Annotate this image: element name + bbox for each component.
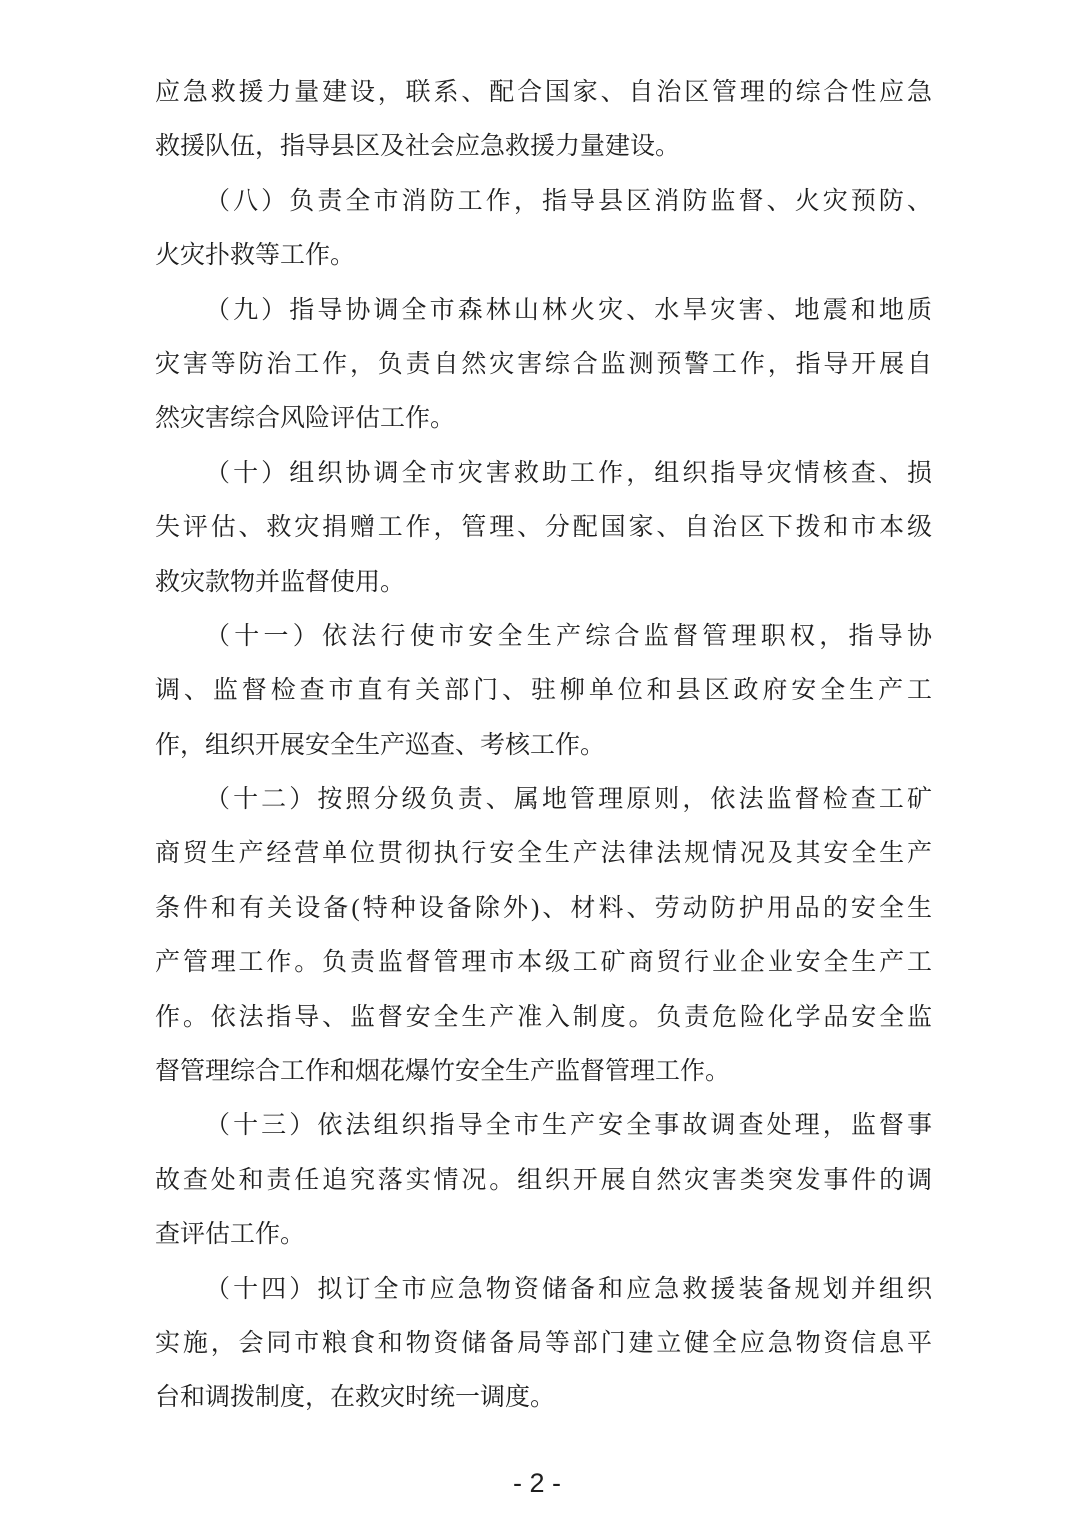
text-line: （十四）拟订全市应急物资储备和应急救援装备规划并组织 — [155, 1263, 932, 1317]
text-line: 商贸生产经营单位贯彻执行安全生产法律法规情况及其安全生产 — [155, 827, 932, 881]
text-line: 救援队伍，指导县区及社会应急救援力量建设。 — [155, 120, 932, 174]
text-line: （十一）依法行使市安全生产综合监督管理职权，指导协 — [155, 610, 932, 664]
text-line: 实施，会同市粮食和物资储备局等部门建立健全应急物资信息平 — [155, 1317, 932, 1371]
text-line: 救灾款物并监督使用。 — [155, 556, 932, 610]
text-line: 督管理综合工作和烟花爆竹安全生产监督管理工作。 — [155, 1045, 932, 1099]
document-body-text: 应急救援力量建设，联系、配合国家、自治区管理的综合性应急救援队伍，指导县区及社会… — [155, 66, 932, 1426]
text-line: 火灾扑救等工作。 — [155, 229, 932, 283]
page-footer: - 2 - — [0, 1468, 1074, 1499]
text-line: 应急救援力量建设，联系、配合国家、自治区管理的综合性应急 — [155, 66, 932, 120]
text-line: 查评估工作。 — [155, 1208, 932, 1262]
text-line: 产管理工作。负责监督管理市本级工矿商贸行业企业安全生产工 — [155, 936, 932, 990]
text-line: 作。依法指导、监督安全生产准入制度。负责危险化学品安全监 — [155, 991, 932, 1045]
text-line: 调、监督检查市直有关部门、驻柳单位和县区政府安全生产工 — [155, 664, 932, 718]
text-line: 作，组织开展安全生产巡查、考核工作。 — [155, 719, 932, 773]
document-page: 应急救援力量建设，联系、配合国家、自治区管理的综合性应急救援队伍，指导县区及社会… — [0, 0, 1074, 1520]
text-line: 灾害等防治工作，负责自然灾害综合监测预警工作，指导开展自 — [155, 338, 932, 392]
text-line: 故查处和责任追究落实情况。组织开展自然灾害类突发事件的调 — [155, 1154, 932, 1208]
text-line: （十三）依法组织指导全市生产安全事故调查处理，监督事 — [155, 1099, 932, 1153]
text-line: 失评估、救灾捐赠工作，管理、分配国家、自治区下拨和市本级 — [155, 501, 932, 555]
page-number: - 2 - — [513, 1468, 561, 1498]
text-line: 台和调拨制度，在救灾时统一调度。 — [155, 1371, 932, 1425]
text-line: （十）组织协调全市灾害救助工作，组织指导灾情核查、损 — [155, 447, 932, 501]
text-line: 条件和有关设备(特种设备除外)、材料、劳动防护用品的安全生 — [155, 882, 932, 936]
text-line: 然灾害综合风险评估工作。 — [155, 392, 932, 446]
text-line: （八）负责全市消防工作，指导县区消防监督、火灾预防、 — [155, 175, 932, 229]
text-line: （十二）按照分级负责、属地管理原则，依法监督检查工矿 — [155, 773, 932, 827]
text-line: （九）指导协调全市森林山林火灾、水旱灾害、地震和地质 — [155, 284, 932, 338]
